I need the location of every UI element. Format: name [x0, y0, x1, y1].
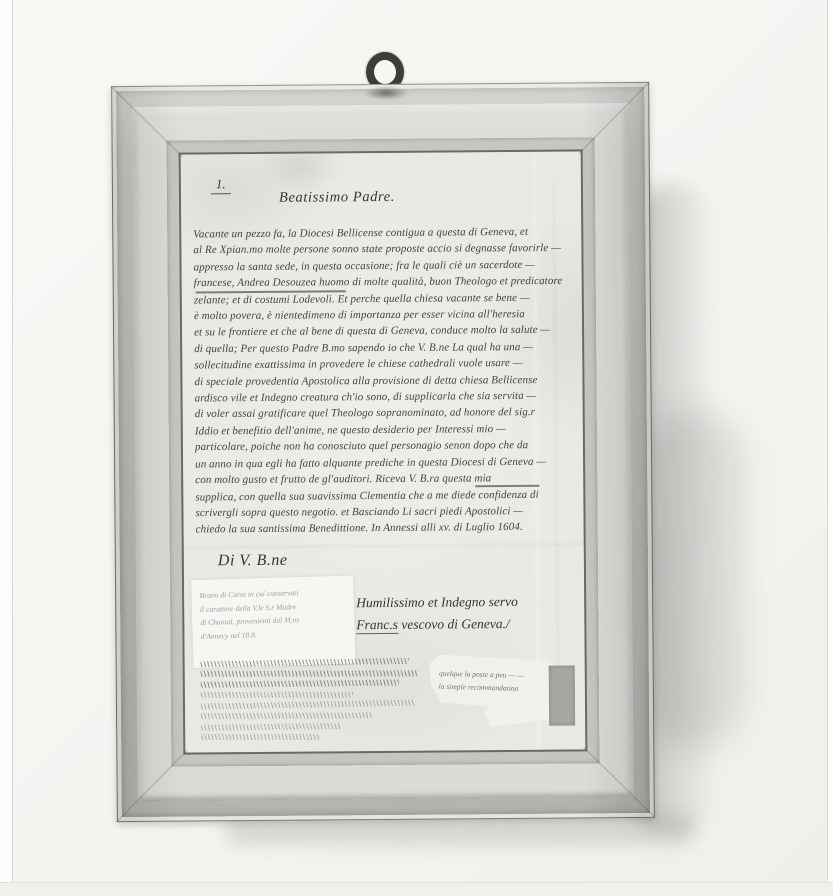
- scribble-line-6: [201, 712, 373, 719]
- letter-document: 1. Beatissimo Padre. Vacante un pezzo fa…: [181, 151, 586, 752]
- scribble-line-1: [201, 658, 409, 667]
- signature-name: Franc.s: [356, 617, 398, 634]
- photograph-of-framed-letter: 1. Beatissimo Padre. Vacante un pezzo fa…: [0, 0, 833, 896]
- scribble-line-8: [201, 734, 319, 740]
- scribble-line-4: [201, 692, 353, 698]
- frame-molding-lip: 1. Beatissimo Padre. Vacante un pezzo fa…: [167, 137, 600, 766]
- signature-name-line: Franc.s vescovo di Geneva./: [356, 616, 518, 633]
- signature-block: Humilissimo et Indegno servo Franc.s ves…: [356, 594, 518, 633]
- gray-backing-patch: [549, 666, 575, 726]
- paper-fold-crease: [184, 543, 584, 548]
- frame-molding-convex: 1. Beatissimo Padre. Vacante un pezzo fa…: [132, 103, 633, 801]
- hanging-ring-mount: [364, 86, 408, 100]
- scribble-line-2: [201, 670, 419, 677]
- valediction: Di V. B.ne: [218, 552, 288, 571]
- frame-molding-band: 1. Beatissimo Padre. Vacante un pezzo fa…: [116, 87, 650, 817]
- frame-cast-shadow-right-soft: [642, 410, 742, 750]
- signature-title: vescovo di Geneva./: [398, 616, 510, 632]
- scribble-line-3: [201, 680, 399, 688]
- paper-scrap: quelque la poste a peu — — la simple rec…: [428, 654, 559, 709]
- pasted-archivist-note: Brano di Carta in cui conservatiil carat…: [191, 576, 355, 669]
- docket-scribbles: [201, 659, 434, 746]
- frame-molding-outer: 1. Beatissimo Padre. Vacante un pezzo fa…: [111, 82, 655, 822]
- scribble-line-5: [201, 700, 415, 710]
- scrap-fragment-2: la simple recommandation: [439, 680, 553, 696]
- scribble-line-7: [201, 723, 341, 731]
- body-line-19: chiedo la sua santissima Benedittione. I…: [196, 519, 576, 538]
- frame-opening: 1. Beatissimo Padre. Vacante un pezzo fa…: [179, 149, 588, 754]
- page-number: 1.: [211, 176, 231, 194]
- picture-frame: 1. Beatissimo Padre. Vacante un pezzo fa…: [111, 82, 655, 822]
- letter-body: Vacante un pezzo fa, la Diocesi Bellicen…: [193, 223, 575, 538]
- signature-line: Humilissimo et Indegno servo: [356, 594, 518, 611]
- photo-bottom-edge: [0, 882, 833, 896]
- salutation: Beatissimo Padre.: [279, 189, 395, 207]
